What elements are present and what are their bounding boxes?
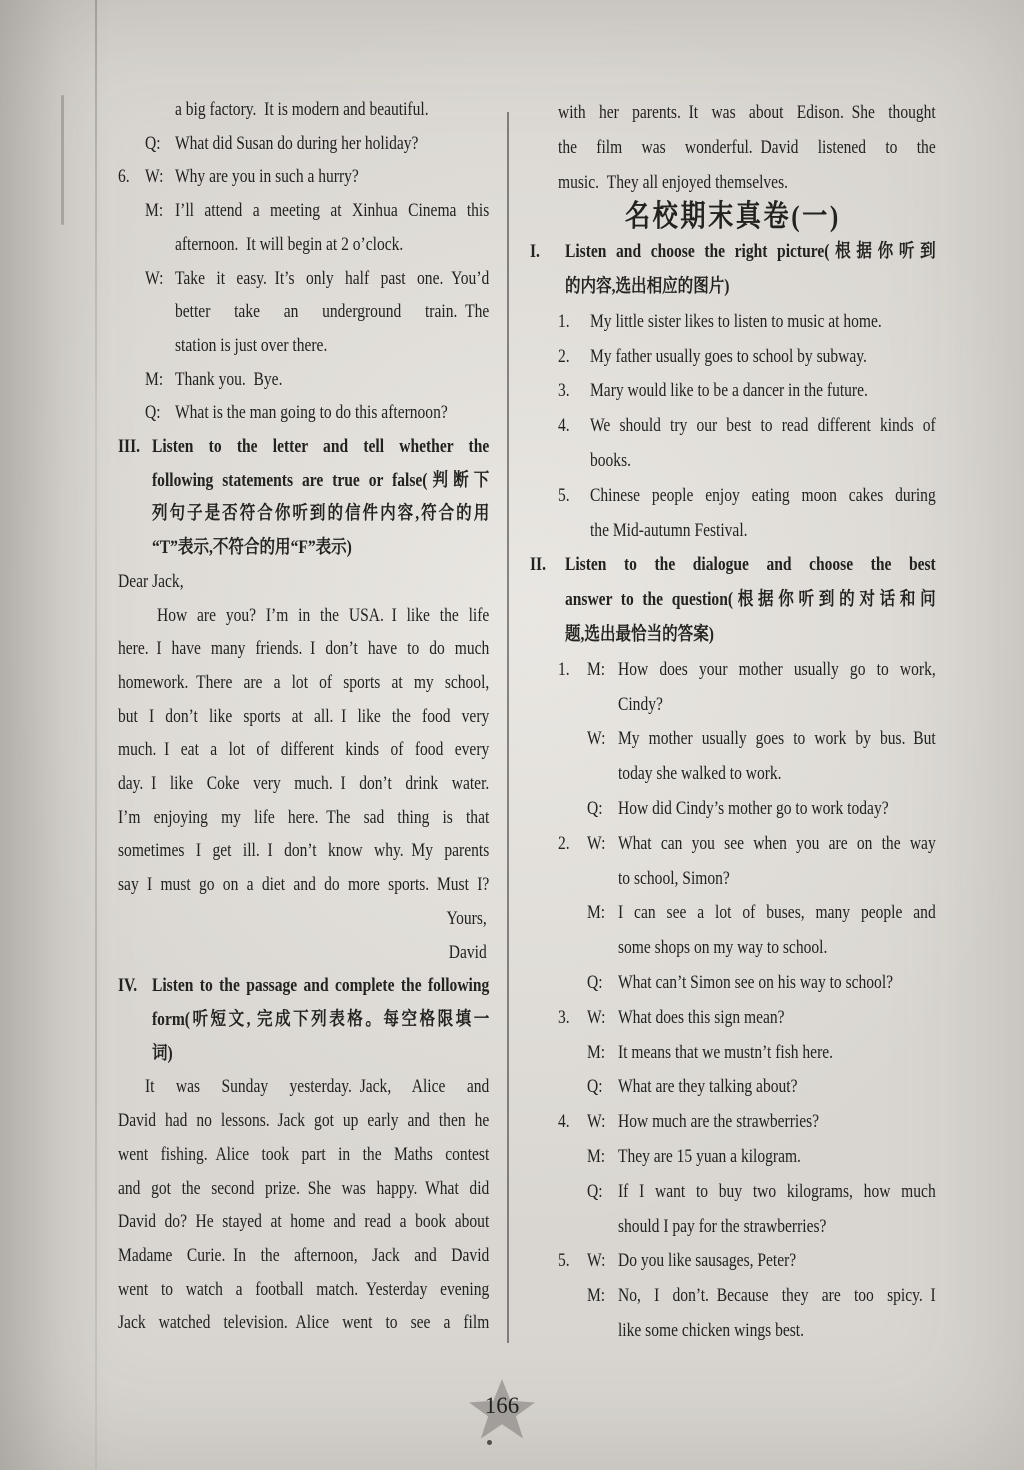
line-text: I’ll attend a meeting at Xinhua Cinema t… <box>175 195 489 229</box>
line-text: 词) <box>152 1038 489 1072</box>
line-label: M: <box>587 1036 618 1071</box>
line-label: IV. <box>118 970 152 1004</box>
line-label: M: <box>145 195 175 229</box>
line-text: 名校期末真卷(一) <box>530 200 936 235</box>
line-text: 题,选出最恰当的答案) <box>565 618 936 653</box>
line-text: a big factory. It is modern and beautifu… <box>175 94 489 128</box>
text-line: 1.My little sister likes to listen to mu… <box>530 305 936 340</box>
line-text: Do you like sausages, Peter? <box>618 1244 936 1279</box>
line-label: W: <box>587 827 618 862</box>
line-label: Q: <box>587 966 618 1001</box>
line-label: W: <box>587 722 618 757</box>
text-line: Q:If I want to buy two kilograms, how mu… <box>530 1175 936 1210</box>
line-text: How does your mother usually go to work, <box>618 653 936 688</box>
line-text: Thank you. Bye. <box>175 364 489 398</box>
line-text: What are they talking about? <box>618 1070 936 1105</box>
line-label: M: <box>587 653 618 688</box>
text-line: like some chicken wings best. <box>530 1314 936 1349</box>
line-label: M: <box>587 1279 618 1314</box>
text-line: David had no lessons. Jack got up early … <box>118 1105 489 1139</box>
text-line: 5.Chinese people enjoy eating moon cakes… <box>530 479 936 514</box>
text-line: Madame Curie. In the afternoon, Jack and… <box>118 1240 489 1274</box>
text-line: 1.M:How does your mother usually go to w… <box>530 653 936 688</box>
line-label: 2. <box>558 340 590 375</box>
text-line: W:My mother usually goes to work by bus.… <box>530 722 936 757</box>
line-label: 5. <box>558 1244 587 1279</box>
text-line: went to watch a football match. Yesterda… <box>118 1274 489 1308</box>
line-text: We should try our best to read different… <box>590 409 936 444</box>
line-text: Listen to the dialogue and choose the be… <box>565 548 936 583</box>
text-line: Q:How did Cindy’s mother go to work toda… <box>530 792 936 827</box>
line-text: I can see a lot of buses, many people an… <box>618 896 936 931</box>
line-label: W: <box>145 161 175 195</box>
line-text: to school, Simon? <box>618 862 936 897</box>
text-line: Q:What can’t Simon see on his way to sch… <box>530 966 936 1001</box>
line-label: W: <box>587 1001 618 1036</box>
text-line: How are you? I’m in the USA. I like the … <box>118 600 489 634</box>
text-line: David do? He stayed at home and read a b… <box>118 1206 489 1240</box>
line-label: W: <box>587 1244 618 1279</box>
line-text: went to watch a football match. Yesterda… <box>118 1274 489 1308</box>
line-text: 列句子是否符合你听到的信件内容,符合的用 <box>152 498 489 532</box>
text-line: day. I like Coke very much. I don’t drin… <box>118 768 489 802</box>
text-line: 题,选出最恰当的答案) <box>530 618 936 653</box>
line-label: 2. <box>558 827 587 862</box>
text-line: David <box>118 937 489 971</box>
line-text: here. I have many friends. I don’t have … <box>118 633 489 667</box>
text-line: 4.We should try our best to read differe… <box>530 409 936 444</box>
text-line: music. They all enjoyed themselves. <box>530 166 936 201</box>
line-text: Chinese people enjoy eating moon cakes d… <box>590 479 936 514</box>
line-text: like some chicken wings best. <box>618 1314 936 1349</box>
text-line: much. I eat a lot of different kinds of … <box>118 734 489 768</box>
text-line: 2.W:What can you see when you are on the… <box>530 827 936 862</box>
line-text: music. They all enjoyed themselves. <box>558 166 936 201</box>
line-text: with her parents. It was about Edison. S… <box>558 96 936 131</box>
line-text: Madame Curie. In the afternoon, Jack and… <box>118 1240 489 1274</box>
text-line: W:Take it easy. It’s only half past one.… <box>118 263 489 297</box>
binding-crease <box>95 0 97 1470</box>
line-text: Why are you in such a hurry? <box>175 161 489 195</box>
line-text: My little sister likes to listen to musi… <box>590 305 936 340</box>
line-text: What can’t Simon see on his way to schoo… <box>618 966 936 1001</box>
text-line: M:I’ll attend a meeting at Xinhua Cinema… <box>118 195 489 229</box>
text-line: the Mid-autumn Festival. <box>530 514 936 549</box>
line-text: say I must go on a diet and do more spor… <box>118 869 489 903</box>
right-column: with her parents. It was about Edison. S… <box>530 96 936 1349</box>
section-heading: II.Listen to the dialogue and choose the… <box>530 548 936 583</box>
text-line: Q:What is the man going to do this after… <box>118 397 489 431</box>
text-line: homework. There are a lot of sports at m… <box>118 667 489 701</box>
text-line: today she walked to work. <box>530 757 936 792</box>
text-line: form(听短文, 完成下列表格。每空格限填一 <box>118 1004 489 1038</box>
text-line: some shops on my way to school. <box>530 931 936 966</box>
line-text: How are you? I’m in the USA. I like the … <box>157 600 489 634</box>
line-text: afternoon. It will begin at 2 o’clock. <box>175 229 489 263</box>
line-text: and got the second prize. She was happy.… <box>118 1173 489 1207</box>
section-heading: III.Listen to the letter and tell whethe… <box>118 431 489 465</box>
line-text: It was Sunday yesterday. Jack, Alice and <box>145 1071 489 1105</box>
line-text: No, I don’t. Because they are too spicy.… <box>618 1279 936 1314</box>
line-text: today she walked to work. <box>618 757 936 792</box>
line-text: Listen and choose the right picture(根据你听… <box>565 235 936 270</box>
left-column: a big factory. It is modern and beautifu… <box>118 94 489 1341</box>
text-line: It was Sunday yesterday. Jack, Alice and <box>118 1071 489 1105</box>
line-text: How much are the strawberries? <box>618 1105 936 1140</box>
text-line: say I must go on a diet and do more spor… <box>118 869 489 903</box>
line-label: 1. <box>558 653 587 688</box>
line-label: Q: <box>587 1070 618 1105</box>
line-text: My father usually goes to school by subw… <box>590 340 936 375</box>
text-line: but I don’t like sports at all. I like t… <box>118 701 489 735</box>
text-line: to school, Simon? <box>530 862 936 897</box>
text-line: Jack watched television. Alice went to s… <box>118 1307 489 1341</box>
line-text: homework. There are a lot of sports at m… <box>118 667 489 701</box>
text-line: 3.W:What does this sign mean? <box>530 1001 936 1036</box>
line-label: W: <box>145 263 175 297</box>
ink-speck <box>487 1440 492 1445</box>
line-text: much. I eat a lot of different kinds of … <box>118 734 489 768</box>
line-label: II. <box>530 548 565 583</box>
line-label: III. <box>118 431 152 465</box>
text-line: M:They are 15 yuan a kilogram. <box>530 1140 936 1175</box>
text-line: the film was wonderful. David listened t… <box>530 131 936 166</box>
line-label: Q: <box>145 397 175 431</box>
line-text: I’m enjoying my life here. The sad thing… <box>118 802 489 836</box>
text-line: 词) <box>118 1038 489 1072</box>
line-text: Listen to the passage and complete the f… <box>152 970 489 1004</box>
line-text: station is just over there. <box>175 330 489 364</box>
line-text: Listen to the letter and tell whether th… <box>152 431 489 465</box>
line-text: the Mid-autumn Festival. <box>590 514 936 549</box>
line-text: What is the man going to do this afterno… <box>175 397 489 431</box>
text-line: M:I can see a lot of buses, many people … <box>530 896 936 931</box>
text-line: Q:What did Susan do during her holiday? <box>118 128 489 162</box>
line-text: David <box>118 937 489 971</box>
text-line: 5.W:Do you like sausages, Peter? <box>530 1244 936 1279</box>
line-text: What did Susan do during her holiday? <box>175 128 489 162</box>
line-text: following statements are true or false(判… <box>152 465 489 499</box>
text-line: should I pay for the strawberries? <box>530 1210 936 1245</box>
text-line: books. <box>530 444 936 479</box>
column-divider <box>507 112 509 1343</box>
section-heading: I.Listen and choose the right picture(根据… <box>530 235 936 270</box>
text-line: 3.Mary would like to be a dancer in the … <box>530 374 936 409</box>
workbook-page: a big factory. It is modern and beautifu… <box>0 0 1024 1470</box>
line-label: 5. <box>558 479 590 514</box>
line-text: It means that we mustn’t fish here. <box>618 1036 936 1071</box>
line-label: 3. <box>558 1001 587 1036</box>
text-line: answer to the question(根据你听到的对话和问 <box>530 583 936 618</box>
line-text: Jack watched television. Alice went to s… <box>118 1307 489 1341</box>
line-text: form(听短文, 完成下列表格。每空格限填一 <box>152 1004 489 1038</box>
text-line: here. I have many friends. I don’t have … <box>118 633 489 667</box>
text-line: better take an underground train. The <box>118 296 489 330</box>
line-text: but I don’t like sports at all. I like t… <box>118 701 489 735</box>
line-text: should I pay for the strawberries? <box>618 1210 936 1245</box>
text-line: 的内容,选出相应的图片) <box>530 270 936 305</box>
line-text: Dear Jack, <box>118 566 489 600</box>
line-text: How did Cindy’s mother go to work today? <box>618 792 936 827</box>
text-line: following statements are true or false(判… <box>118 465 489 499</box>
line-label: Q: <box>145 128 175 162</box>
scan-edge-mark <box>61 95 64 225</box>
text-line: I’m enjoying my life here. The sad thing… <box>118 802 489 836</box>
line-label: I. <box>530 235 565 270</box>
text-line: with her parents. It was about Edison. S… <box>530 96 936 131</box>
line-text: books. <box>590 444 936 479</box>
text-line: Dear Jack, <box>118 566 489 600</box>
text-line: 2.My father usually goes to school by su… <box>530 340 936 375</box>
line-label: Q: <box>587 792 618 827</box>
line-text: Mary would like to be a dancer in the fu… <box>590 374 936 409</box>
text-line: and got the second prize. She was happy.… <box>118 1173 489 1207</box>
text-line: M:No, I don’t. Because they are too spic… <box>530 1279 936 1314</box>
section-heading: IV.Listen to the passage and complete th… <box>118 970 489 1004</box>
text-line: 4.W:How much are the strawberries? <box>530 1105 936 1140</box>
line-text: sometimes I get ill. I don’t know why. M… <box>118 835 489 869</box>
text-line: 6.W:Why are you in such a hurry? <box>118 161 489 195</box>
line-text: What can you see when you are on the way <box>618 827 936 862</box>
text-line: “T”表示,不符合的用“F”表示) <box>118 532 489 566</box>
line-text: day. I like Coke very much. I don’t drin… <box>118 768 489 802</box>
line-text: some shops on my way to school. <box>618 931 936 966</box>
line-label: M: <box>145 364 175 398</box>
line-text: David had no lessons. Jack got up early … <box>118 1105 489 1139</box>
line-label: W: <box>587 1105 618 1140</box>
line-label: 4. <box>558 409 590 444</box>
text-line: M:It means that we mustn’t fish here. <box>530 1036 936 1071</box>
line-text: 的内容,选出相应的图片) <box>565 270 936 305</box>
line-label: 6. <box>118 161 145 195</box>
text-line: Q:What are they talking about? <box>530 1070 936 1105</box>
text-line: station is just over there. <box>118 330 489 364</box>
text-line: a big factory. It is modern and beautifu… <box>118 94 489 128</box>
line-text: answer to the question(根据你听到的对话和问 <box>565 583 936 618</box>
line-text: Take it easy. It’s only half past one. Y… <box>175 263 489 297</box>
line-text: If I want to buy two kilograms, how much <box>618 1175 936 1210</box>
line-label: 4. <box>558 1105 587 1140</box>
line-text: They are 15 yuan a kilogram. <box>618 1140 936 1175</box>
line-text: My mother usually goes to work by bus. B… <box>618 722 936 757</box>
text-line: afternoon. It will begin at 2 o’clock. <box>118 229 489 263</box>
line-label: 3. <box>558 374 590 409</box>
line-label: M: <box>587 1140 618 1175</box>
page-number: 166 <box>469 1393 535 1419</box>
text-line: Cindy? <box>530 688 936 723</box>
line-text: David do? He stayed at home and read a b… <box>118 1206 489 1240</box>
line-label: Q: <box>587 1175 618 1210</box>
line-text: the film was wonderful. David listened t… <box>558 131 936 166</box>
line-label: 1. <box>558 305 590 340</box>
text-line: 列句子是否符合你听到的信件内容,符合的用 <box>118 498 489 532</box>
line-text: Yours, <box>118 903 489 937</box>
line-text: “T”表示,不符合的用“F”表示) <box>152 532 489 566</box>
line-text: Cindy? <box>618 688 936 723</box>
line-text: What does this sign mean? <box>618 1001 936 1036</box>
text-line: went fishing. Alice took part in the Mat… <box>118 1139 489 1173</box>
text-line: M:Thank you. Bye. <box>118 364 489 398</box>
text-line: sometimes I get ill. I don’t know why. M… <box>118 835 489 869</box>
line-text: better take an underground train. The <box>175 296 489 330</box>
paper-title: 名校期末真卷(一) <box>530 200 936 235</box>
line-text: went fishing. Alice took part in the Mat… <box>118 1139 489 1173</box>
line-label: M: <box>587 896 618 931</box>
text-line: Yours, <box>118 903 489 937</box>
